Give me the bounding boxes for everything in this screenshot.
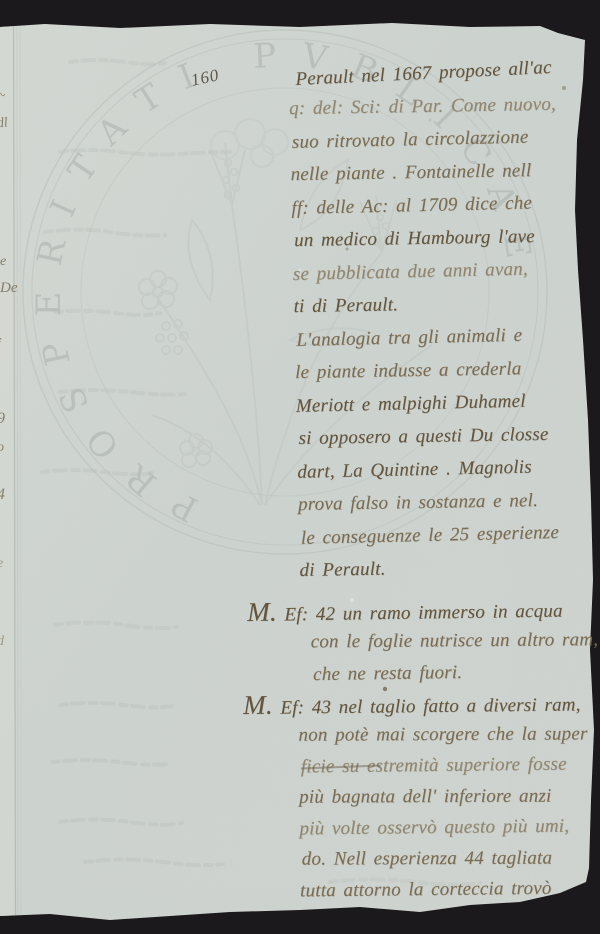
manuscript-line: dart, La Quintine . Magnolis (297, 450, 565, 489)
manuscript-line: nelle piante . Fontainelle nell (290, 154, 557, 191)
manuscript-line: se pubblicata due anni avan, (292, 252, 560, 291)
manuscript-line: le piante indusse a crederla (295, 352, 562, 389)
manuscript-line: le conseguenze le 25 esperienze (300, 516, 566, 555)
manuscript-line: Meriott e malpighi Duhamel (295, 384, 563, 423)
manuscript-line: ti di Perault. (293, 286, 560, 323)
margin-fragment: e (0, 254, 6, 270)
manuscript-line: ficie su estremità superiore fosse (246, 748, 588, 783)
manuscript-line: non potè mai scorgere che la super (243, 718, 587, 751)
manuscript-paragraph-2: M. Ef: 42 un ramo immerso in acqua con l… (247, 591, 599, 692)
manuscript-line: si opposero a questi Du closse (298, 418, 563, 455)
margin-fragment: 4 (0, 486, 5, 504)
manuscript-paragraph-3: M. Ef: 43 nel taglio fatto a diversi ram… (243, 686, 589, 907)
manuscript-line: più bagnata dell' inferiore anzi (244, 780, 588, 813)
manuscript-line: M. Ef: 43 nel taglio fatto a diversi ram… (243, 686, 587, 721)
manuscript-line: ff: delle Ac: al 1709 dice che (291, 186, 559, 225)
manuscript-line: tutta attorno la corteccia trovò (245, 872, 589, 907)
margin-fragment: o (0, 440, 4, 456)
manuscript-page: PROSPERITATI PVBLICAE (0, 0, 600, 934)
margin-fragment: dl (0, 115, 9, 132)
manuscript-line: suo ritrovato la circolazzione (291, 120, 557, 159)
manuscript-line: di Perault. (299, 550, 566, 587)
manuscript-line: do. Nell esperienza 44 tagliata (247, 842, 589, 874)
manuscript-line: più volte osservò questo più umi, (244, 810, 588, 845)
margin-fragment: 9 (0, 410, 5, 428)
manuscript-line: L'analogia tra gli animali e (296, 318, 562, 357)
manuscript-line: q: del: Sci: di Par. Come nuovo, (289, 88, 556, 125)
manuscript-paragraph-1: Perault nel 1667 propose all'ac q: del: … (288, 54, 567, 588)
manuscript-line: M. Ef: 42 un ramo immerso in acqua (247, 591, 598, 628)
margin-fragment: De (0, 280, 18, 297)
manuscript-line: prova falso in sostanza e nel. (298, 484, 565, 521)
manuscript-line: un medico di Hambourg l'ave (294, 220, 559, 257)
margin-fragment: d (0, 634, 4, 650)
margin-fragment: e (0, 556, 3, 572)
manuscript-line: con le foglie nutrisce un altro ram, (248, 624, 599, 659)
